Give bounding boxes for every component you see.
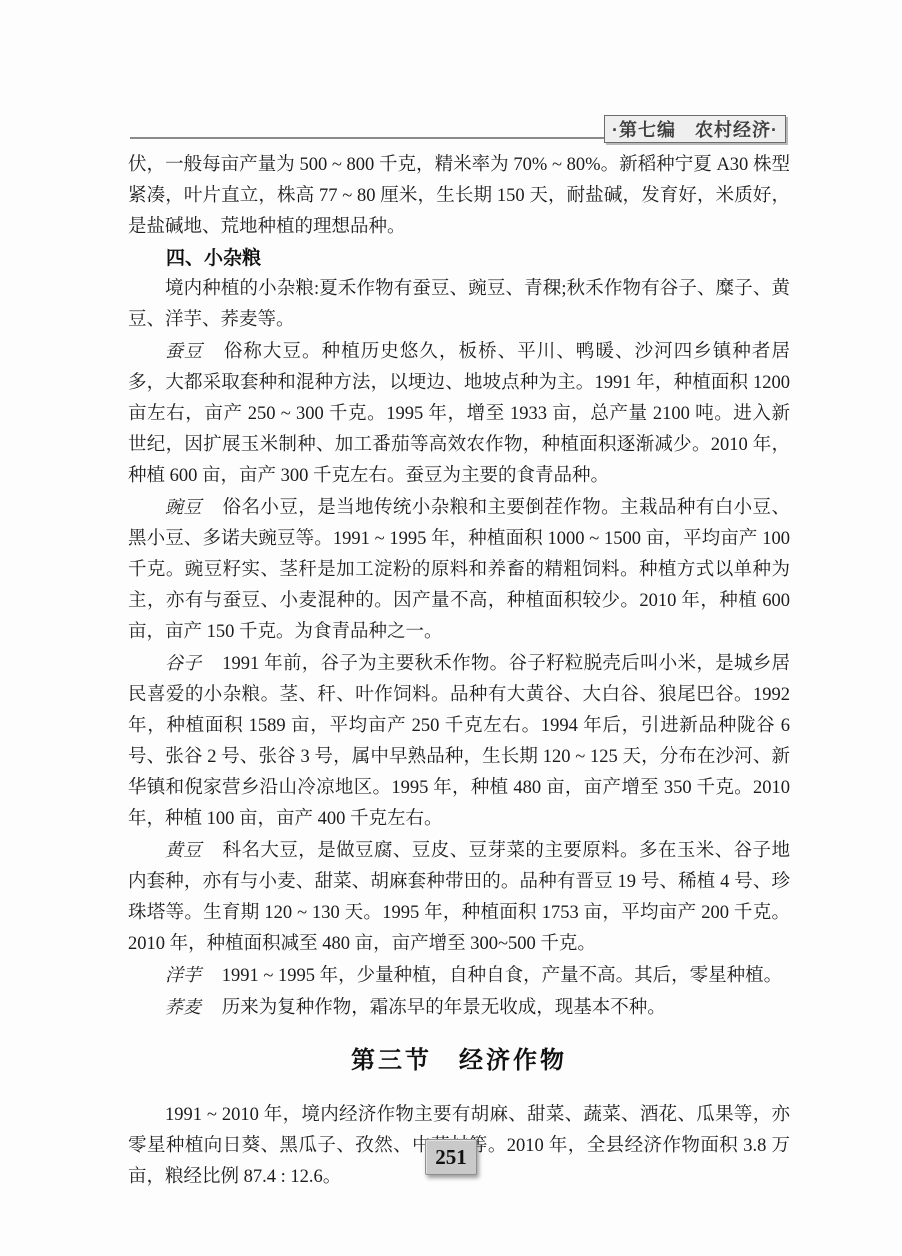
crop-text: 1991 ~ 1995 年，少量种植，自种自食，产量不高。其后，零星种植。 [222, 966, 782, 986]
crop-entry-millet: 谷子1991 年前，谷子为主要秋禾作物。谷子籽粒脱壳后叫小米，是城乡居民喜爱的小… [128, 648, 790, 835]
crop-entry-pea: 豌豆俗名小豆，是当地传统小杂粮和主要倒茬作物。主栽品种有白小豆、黑小豆、多诺夫豌… [128, 492, 790, 648]
crop-text: 1991 年前，谷子为主要秋禾作物。谷子籽粒脱壳后叫小米，是城乡居民喜爱的小杂粮… [128, 654, 790, 829]
crop-entry-soybean: 黄豆科名大豆，是做豆腐、豆皮、豆芽菜的主要原料。多在玉米、谷子地内套种，亦有与小… [128, 835, 790, 960]
book-page: ·第七编 农村经济· 伏，一般每亩产量为 500 ~ 800 千克，精米率为 7… [0, 0, 902, 1256]
paragraph-continuation: 伏，一般每亩产量为 500 ~ 800 千克，精米率为 70% ~ 80%。新稻… [128, 150, 790, 243]
crop-text: 俗名小豆，是当地传统小杂粮和主要倒茬作物。主栽品种有白小豆、黑小豆、多诺夫豌豆等… [128, 498, 790, 642]
intro-paragraph: 境内种植的小杂粮:夏禾作物有蚕豆、豌豆、青稞;秋禾作物有谷子、糜子、黄豆、洋芋、… [128, 274, 790, 336]
subsection-heading: 四、小杂粮 [128, 243, 790, 274]
page-body: 伏，一般每亩产量为 500 ~ 800 千克，精米率为 70% ~ 80%。新稻… [128, 150, 790, 1193]
page-number-badge: 251 [425, 1139, 477, 1175]
crop-text: 科名大豆，是做豆腐、豆皮、豆芽菜的主要原料。多在玉米、谷子地内套种，亦有与小麦、… [128, 841, 790, 954]
crop-text: 俗称大豆。种植历史悠久，板桥、平川、鸭暖、沙河四乡镇种者居多，大都采取套种和混种… [128, 342, 790, 486]
crop-term: 豌豆 [165, 497, 223, 517]
crop-entry-buckwheat: 荞麦历来为复种作物，霜冻早的年景无收成，现基本不种。 [128, 992, 790, 1024]
crop-entry-broadbean: 蚕豆俗称大豆。种植历史悠久，板桥、平川、鸭暖、沙河四乡镇种者居多，大都采取套种和… [128, 336, 790, 492]
section-title: 第三节 经济作物 [128, 1044, 790, 1078]
crop-term: 洋芋 [165, 965, 222, 985]
running-header-box: ·第七编 农村经济· [604, 115, 786, 143]
crop-text: 历来为复种作物，霜冻早的年景无收成，现基本不种。 [222, 998, 666, 1018]
crop-term: 黄豆 [165, 840, 223, 860]
crop-term: 谷子 [165, 653, 222, 673]
part-title: ·第七编 农村经济· [612, 116, 778, 142]
crop-term: 蚕豆 [165, 341, 224, 361]
crop-term: 荞麦 [165, 997, 222, 1017]
page-number: 251 [435, 1145, 467, 1170]
crop-entry-potato: 洋芋1991 ~ 1995 年，少量种植，自种自食，产量不高。其后，零星种植。 [128, 960, 790, 992]
